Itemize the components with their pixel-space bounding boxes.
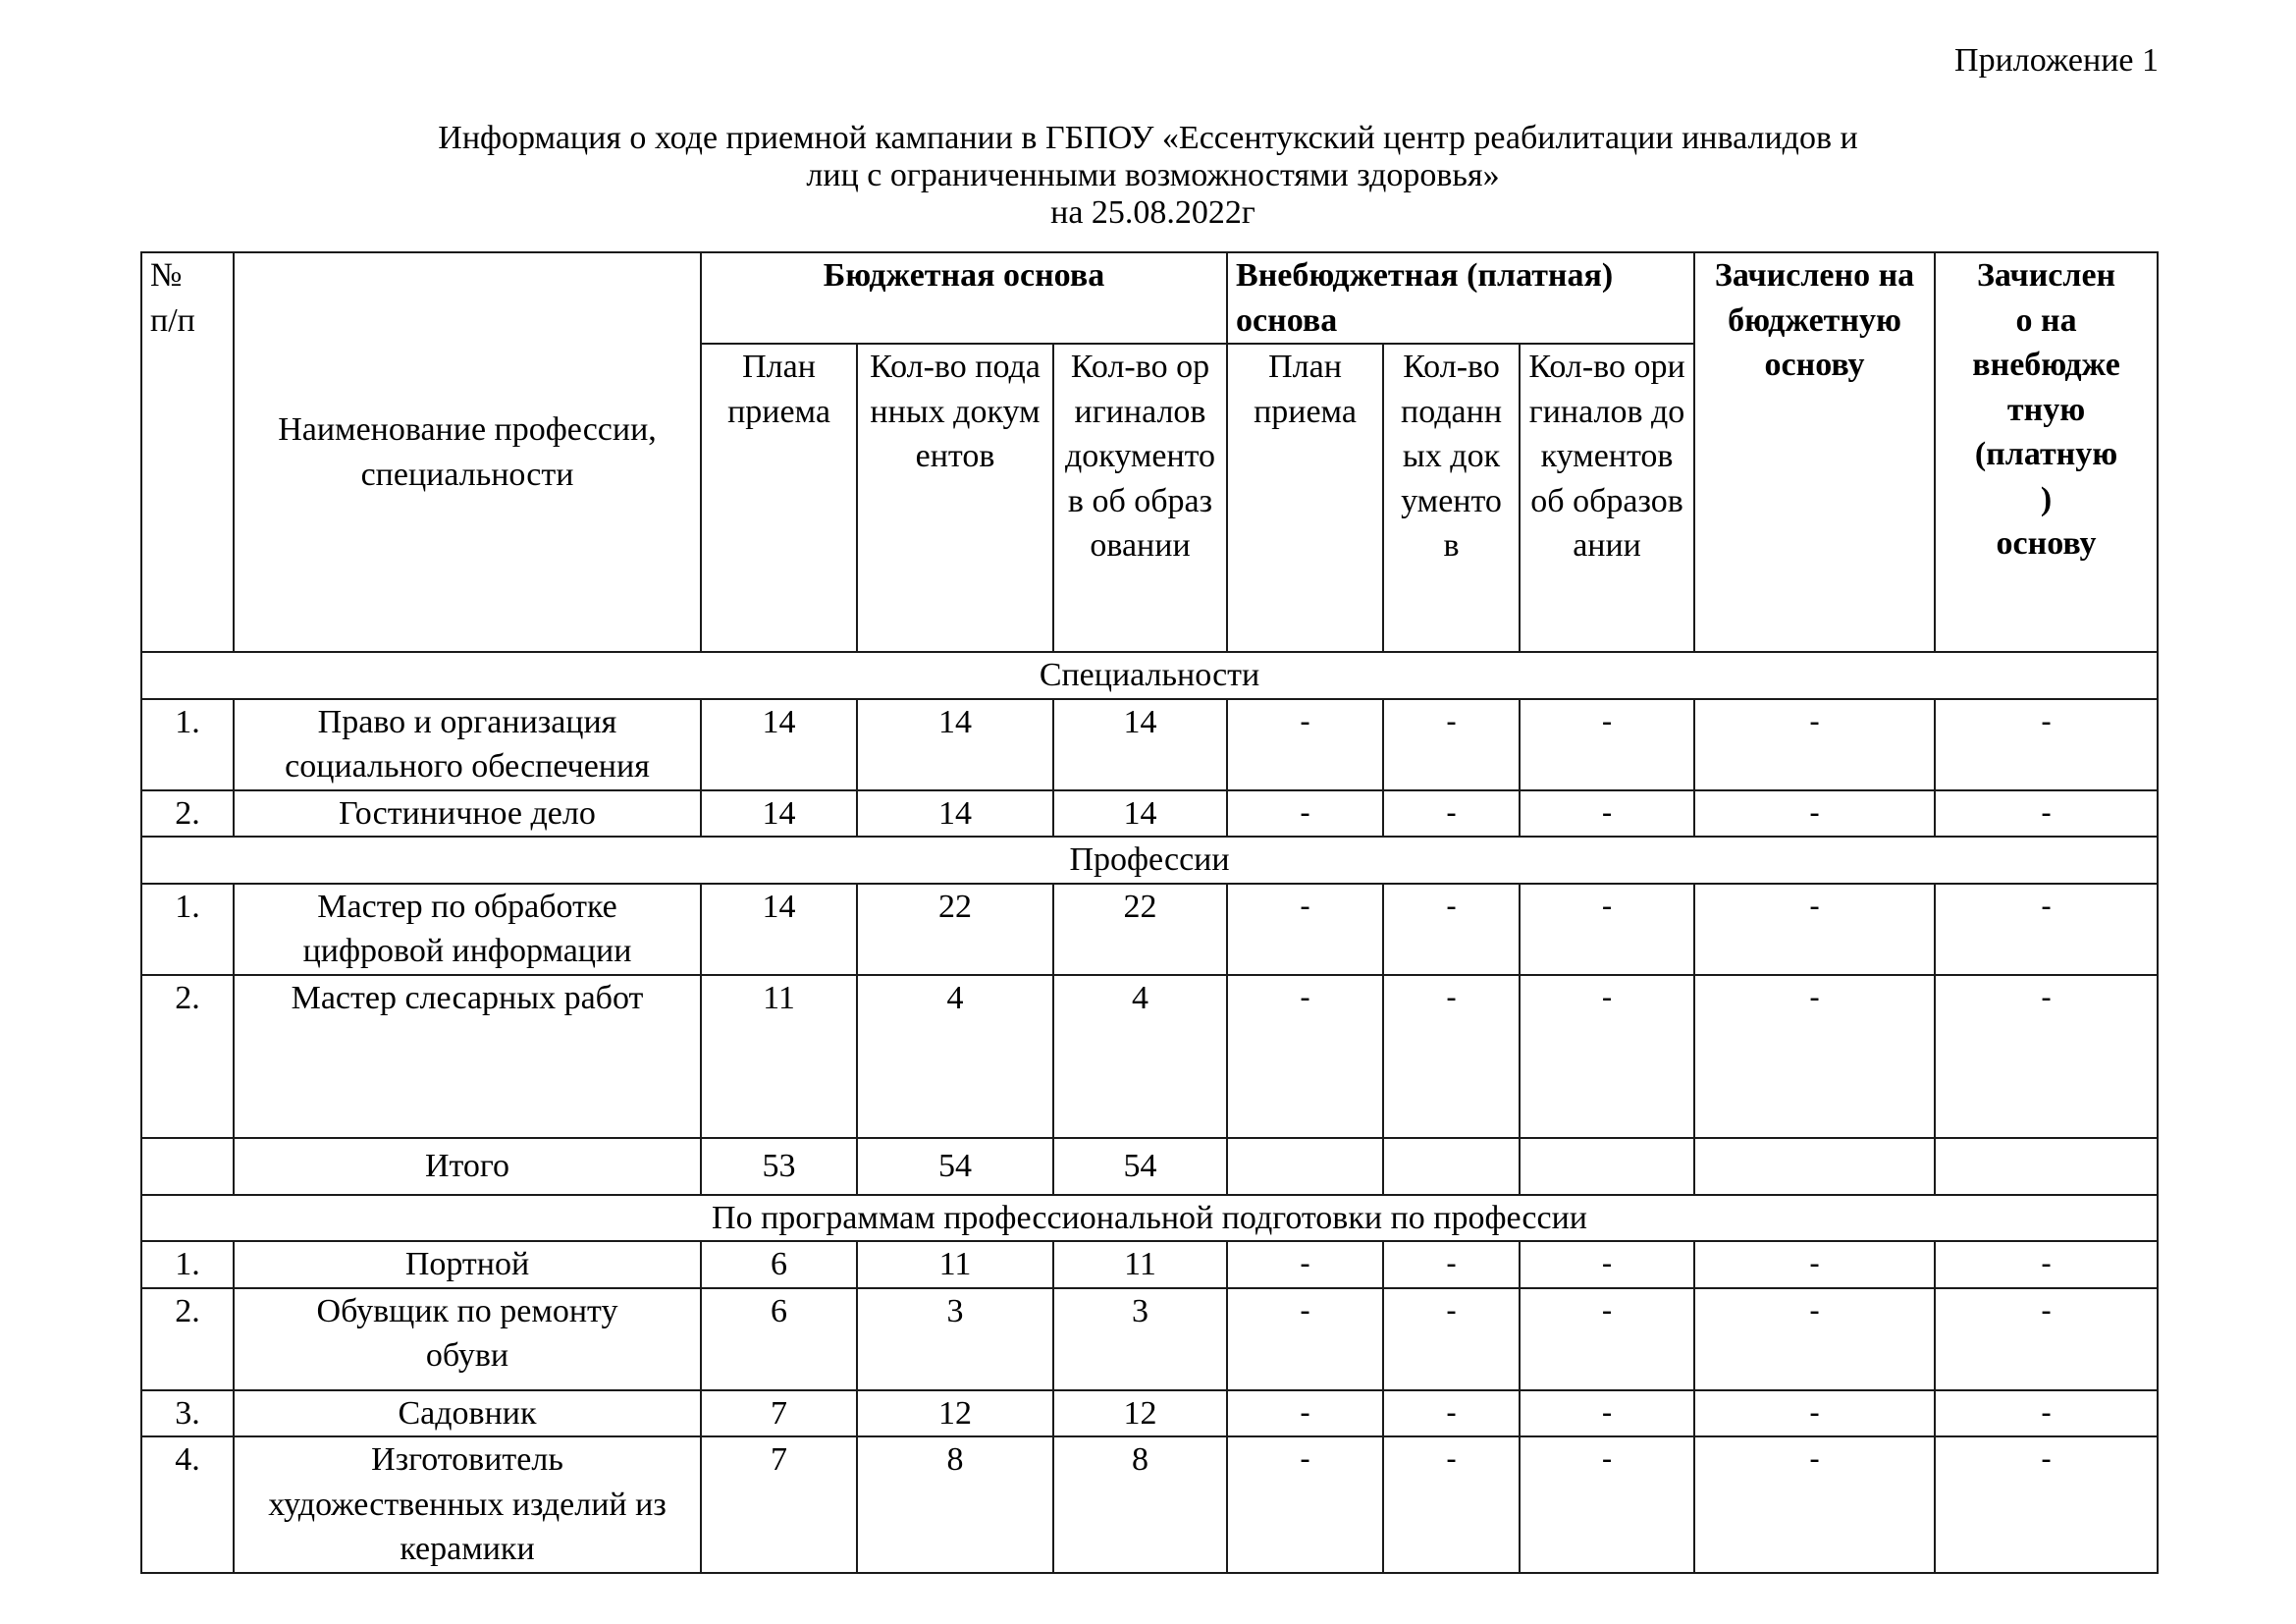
- cell-budget-plan: 14: [701, 699, 857, 790]
- table-row: 4. Изготовитель художественных изделий и…: [141, 1436, 2158, 1573]
- cell-name: Право и организация социального обеспече…: [234, 699, 701, 790]
- cell-paid-plan: -: [1227, 975, 1383, 1138]
- cell-enrolled-budget: -: [1694, 1241, 1935, 1288]
- cell-budget-plan: 14: [701, 790, 857, 838]
- cell-name: Обувщик по ремонту обуви: [234, 1288, 701, 1390]
- cell-paid-submitted: -: [1383, 975, 1520, 1138]
- cell-paid-originals: -: [1520, 975, 1694, 1138]
- table-row: 3. Садовник 7 12 12 - - - - -: [141, 1390, 2158, 1437]
- section-row: Профессии: [141, 837, 2158, 884]
- cell-name: Портной: [234, 1241, 701, 1288]
- cell-num: 2.: [141, 790, 234, 838]
- cell-paid-plan: -: [1227, 790, 1383, 838]
- cell-enrolled-paid: -: [1935, 1436, 2158, 1573]
- header-paid-group: Внебюджетная (платная) основа: [1227, 252, 1694, 344]
- total-row: Итого 53 54 54: [141, 1138, 2158, 1195]
- cell-enrolled-paid: -: [1935, 884, 2158, 975]
- header-enrolled-paid: Зачислен о на внебюдже тную (платную ) о…: [1935, 252, 2158, 652]
- cell-paid-submitted: -: [1383, 1390, 1520, 1437]
- cell-paid-submitted: -: [1383, 1288, 1520, 1390]
- cell-paid-submitted: -: [1383, 1241, 1520, 1288]
- table-row: 2. Обувщик по ремонту обуви 6 3 3 - - - …: [141, 1288, 2158, 1390]
- header-enrolled-budget: Зачислено на бюджетную основу: [1694, 252, 1935, 652]
- section-title-training: По программам профессиональной подготовк…: [141, 1195, 2158, 1242]
- total-enrolled-paid: [1935, 1138, 2158, 1195]
- cell-paid-plan: -: [1227, 1288, 1383, 1390]
- cell-budget-originals: 8: [1053, 1436, 1227, 1573]
- cell-budget-plan: 7: [701, 1390, 857, 1437]
- cell-enrolled-paid: -: [1935, 975, 2158, 1138]
- section-row: Специальности: [141, 652, 2158, 699]
- title-line-2: лиц с ограниченными возможностями здоров…: [0, 157, 2296, 194]
- cell-paid-submitted: -: [1383, 699, 1520, 790]
- header-budget-originals: Кол-во оригиналов документов об образова…: [1053, 344, 1227, 652]
- cell-paid-originals: -: [1520, 884, 1694, 975]
- cell-budget-plan: 6: [701, 1288, 857, 1390]
- cell-paid-submitted: -: [1383, 1436, 1520, 1573]
- header-name: Наименование профессии, специальности: [234, 252, 701, 652]
- cell-enrolled-budget: -: [1694, 1288, 1935, 1390]
- cell-enrolled-budget: -: [1694, 699, 1935, 790]
- cell-enrolled-paid: -: [1935, 1241, 2158, 1288]
- cell-budget-originals: 11: [1053, 1241, 1227, 1288]
- title-date: на 25.08.2022г: [0, 194, 2296, 232]
- section-title-specialties: Специальности: [141, 652, 2158, 699]
- total-label: Итого: [234, 1138, 701, 1195]
- cell-enrolled-paid: -: [1935, 790, 2158, 838]
- cell-paid-plan: -: [1227, 699, 1383, 790]
- cell-enrolled-paid: -: [1935, 1288, 2158, 1390]
- header-paid-submitted: Кол-во поданных документов: [1383, 344, 1520, 652]
- cell-name: Гостиничное дело: [234, 790, 701, 838]
- cell-enrolled-budget: -: [1694, 790, 1935, 838]
- cell-paid-originals: -: [1520, 1241, 1694, 1288]
- cell-budget-originals: 14: [1053, 699, 1227, 790]
- section-row: По программам профессиональной подготовк…: [141, 1195, 2158, 1242]
- table-row: 2. Гостиничное дело 14 14 14 - - - - -: [141, 790, 2158, 838]
- cell-paid-plan: -: [1227, 884, 1383, 975]
- cell-paid-originals: -: [1520, 1390, 1694, 1437]
- cell-enrolled-budget: -: [1694, 1436, 1935, 1573]
- total-budget-submitted: 54: [857, 1138, 1053, 1195]
- cell-budget-submitted: 22: [857, 884, 1053, 975]
- header-budget-plan: План приема: [701, 344, 857, 652]
- cell-paid-originals: -: [1520, 699, 1694, 790]
- section-title-professions: Профессии: [141, 837, 2158, 884]
- table-row: 1. Право и организация социального обесп…: [141, 699, 2158, 790]
- header-paid-originals: Кол-во оригиналов документов об образова…: [1520, 344, 1694, 652]
- cell-budget-submitted: 3: [857, 1288, 1053, 1390]
- cell-num-empty: [141, 1138, 234, 1195]
- cell-name: Мастер слесарных работ: [234, 975, 701, 1138]
- cell-paid-originals: -: [1520, 1436, 1694, 1573]
- cell-budget-originals: 22: [1053, 884, 1227, 975]
- cell-budget-originals: 12: [1053, 1390, 1227, 1437]
- cell-budget-submitted: 14: [857, 699, 1053, 790]
- cell-budget-submitted: 8: [857, 1436, 1053, 1573]
- cell-enrolled-budget: -: [1694, 884, 1935, 975]
- cell-budget-submitted: 12: [857, 1390, 1053, 1437]
- table-row: 1. Портной 6 11 11 - - - - -: [141, 1241, 2158, 1288]
- cell-budget-originals: 4: [1053, 975, 1227, 1138]
- cell-budget-plan: 7: [701, 1436, 857, 1573]
- cell-paid-plan: -: [1227, 1241, 1383, 1288]
- cell-num: 3.: [141, 1390, 234, 1437]
- total-paid-submitted: [1383, 1138, 1520, 1195]
- header-budget-submitted: Кол-во поданных документов: [857, 344, 1053, 652]
- header-budget-group: Бюджетная основа: [701, 252, 1227, 344]
- table-row: 2. Мастер слесарных работ 11 4 4 - - - -…: [141, 975, 2158, 1138]
- cell-budget-submitted: 14: [857, 790, 1053, 838]
- cell-paid-submitted: -: [1383, 790, 1520, 838]
- cell-paid-originals: -: [1520, 790, 1694, 838]
- total-budget-originals: 54: [1053, 1138, 1227, 1195]
- cell-enrolled-budget: -: [1694, 1390, 1935, 1437]
- appendix-label: Приложение 1: [1954, 41, 2159, 81]
- cell-enrolled-paid: -: [1935, 699, 2158, 790]
- cell-name: Садовник: [234, 1390, 701, 1437]
- cell-paid-originals: -: [1520, 1288, 1694, 1390]
- cell-budget-submitted: 4: [857, 975, 1053, 1138]
- cell-budget-submitted: 11: [857, 1241, 1053, 1288]
- document-title: Информация о ходе приемной кампании в ГБ…: [0, 120, 2296, 232]
- cell-num: 1.: [141, 1241, 234, 1288]
- cell-num: 4.: [141, 1436, 234, 1573]
- header-paid-plan: План приема: [1227, 344, 1383, 652]
- total-enrolled-budget: [1694, 1138, 1935, 1195]
- cell-budget-plan: 14: [701, 884, 857, 975]
- header-num: № п/п: [141, 252, 234, 652]
- cell-num: 2.: [141, 975, 234, 1138]
- cell-budget-originals: 3: [1053, 1288, 1227, 1390]
- total-paid-plan: [1227, 1138, 1383, 1195]
- admission-table: № п/п Наименование профессии, специально…: [140, 251, 2159, 1574]
- cell-budget-plan: 6: [701, 1241, 857, 1288]
- cell-name: Изготовитель художественных изделий из к…: [234, 1436, 701, 1573]
- total-paid-originals: [1520, 1138, 1694, 1195]
- cell-budget-originals: 14: [1053, 790, 1227, 838]
- cell-paid-submitted: -: [1383, 884, 1520, 975]
- cell-paid-plan: -: [1227, 1390, 1383, 1437]
- cell-paid-plan: -: [1227, 1436, 1383, 1573]
- cell-enrolled-budget: -: [1694, 975, 1935, 1138]
- cell-num: 1.: [141, 884, 234, 975]
- table-row: 1. Мастер по обработке цифровой информац…: [141, 884, 2158, 975]
- cell-num: 1.: [141, 699, 234, 790]
- title-line-1: Информация о ходе приемной кампании в ГБ…: [0, 120, 2296, 157]
- total-budget-plan: 53: [701, 1138, 857, 1195]
- cell-enrolled-paid: -: [1935, 1390, 2158, 1437]
- cell-budget-plan: 11: [701, 975, 857, 1138]
- cell-name: Мастер по обработке цифровой информации: [234, 884, 701, 975]
- cell-num: 2.: [141, 1288, 234, 1390]
